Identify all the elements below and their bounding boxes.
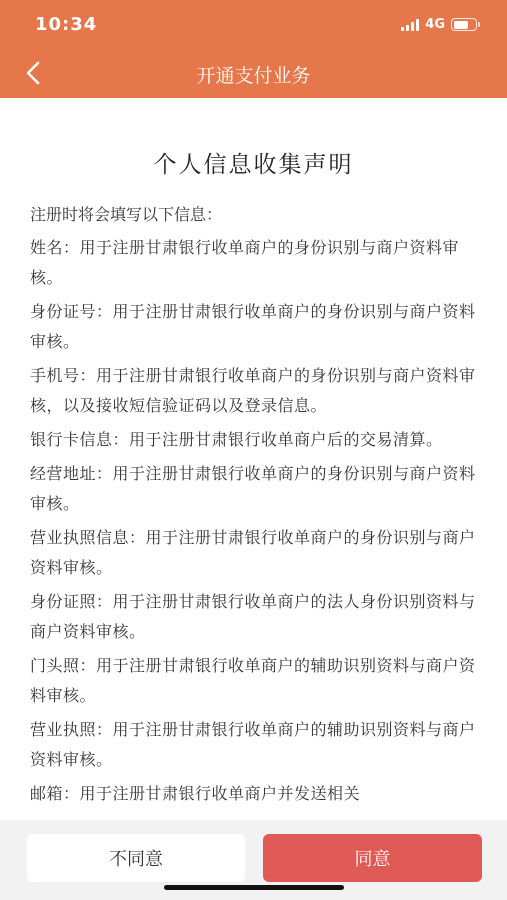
status-bar: 10:34 4G — [0, 0, 507, 50]
info-item-license-info: 营业执照信息：用于注册甘肃银行收单商户的身份识别与商户资料审核。 — [30, 523, 477, 583]
network-type: 4G — [425, 17, 445, 32]
statement-content[interactable]: 个人信息收集声明 注册时将会填写以下信息： 姓名：用于注册甘肃银行收单商户的身份… — [0, 98, 507, 820]
info-item-bank-card: 银行卡信息：用于注册甘肃银行收单商户后的交易清算。 — [30, 425, 477, 455]
status-indicators: 4G — [401, 17, 477, 32]
agree-button[interactable]: 同意 — [263, 834, 482, 882]
info-item-business-license: 营业执照：用于注册甘肃银行收单商户的辅助识别资料与商户资料审核。 — [30, 715, 477, 775]
info-item-id-number: 身份证号：用于注册甘肃银行收单商户的身份识别与商户资料审核。 — [30, 297, 477, 357]
document-intro: 注册时将会填写以下信息： — [30, 201, 477, 229]
disagree-button[interactable]: 不同意 — [27, 834, 245, 882]
page-title: 开通支付业务 — [0, 61, 507, 88]
info-item-phone: 手机号：用于注册甘肃银行收单商户的身份识别与商户资料审核，以及接收短信验证码以及… — [30, 361, 477, 421]
bottom-action-bar: 不同意 同意 — [0, 820, 507, 900]
header: 10:34 4G 开通支付业务 — [0, 0, 507, 98]
status-time: 10:34 — [35, 14, 97, 35]
info-item-address: 经营地址：用于注册甘肃银行收单商户的身份识别与商户资料审核。 — [30, 459, 477, 519]
nav-bar: 开通支付业务 — [0, 50, 507, 98]
battery-icon — [451, 18, 477, 31]
info-item-id-photo: 身份证照：用于注册甘肃银行收单商户的法人身份识别资料与商户资料审核。 — [30, 587, 477, 647]
signal-bars-icon — [401, 19, 419, 31]
info-item-email: 邮箱：用于注册甘肃银行收单商户并发送相关 — [30, 779, 477, 809]
home-indicator[interactable] — [164, 885, 344, 890]
info-item-storefront-photo: 门头照：用于注册甘肃银行收单商户的辅助识别资料与商户资料审核。 — [30, 651, 477, 711]
document-title: 个人信息收集声明 — [0, 146, 507, 179]
info-item-name: 姓名：用于注册甘肃银行收单商户的身份识别与商户资料审核。 — [30, 233, 477, 293]
